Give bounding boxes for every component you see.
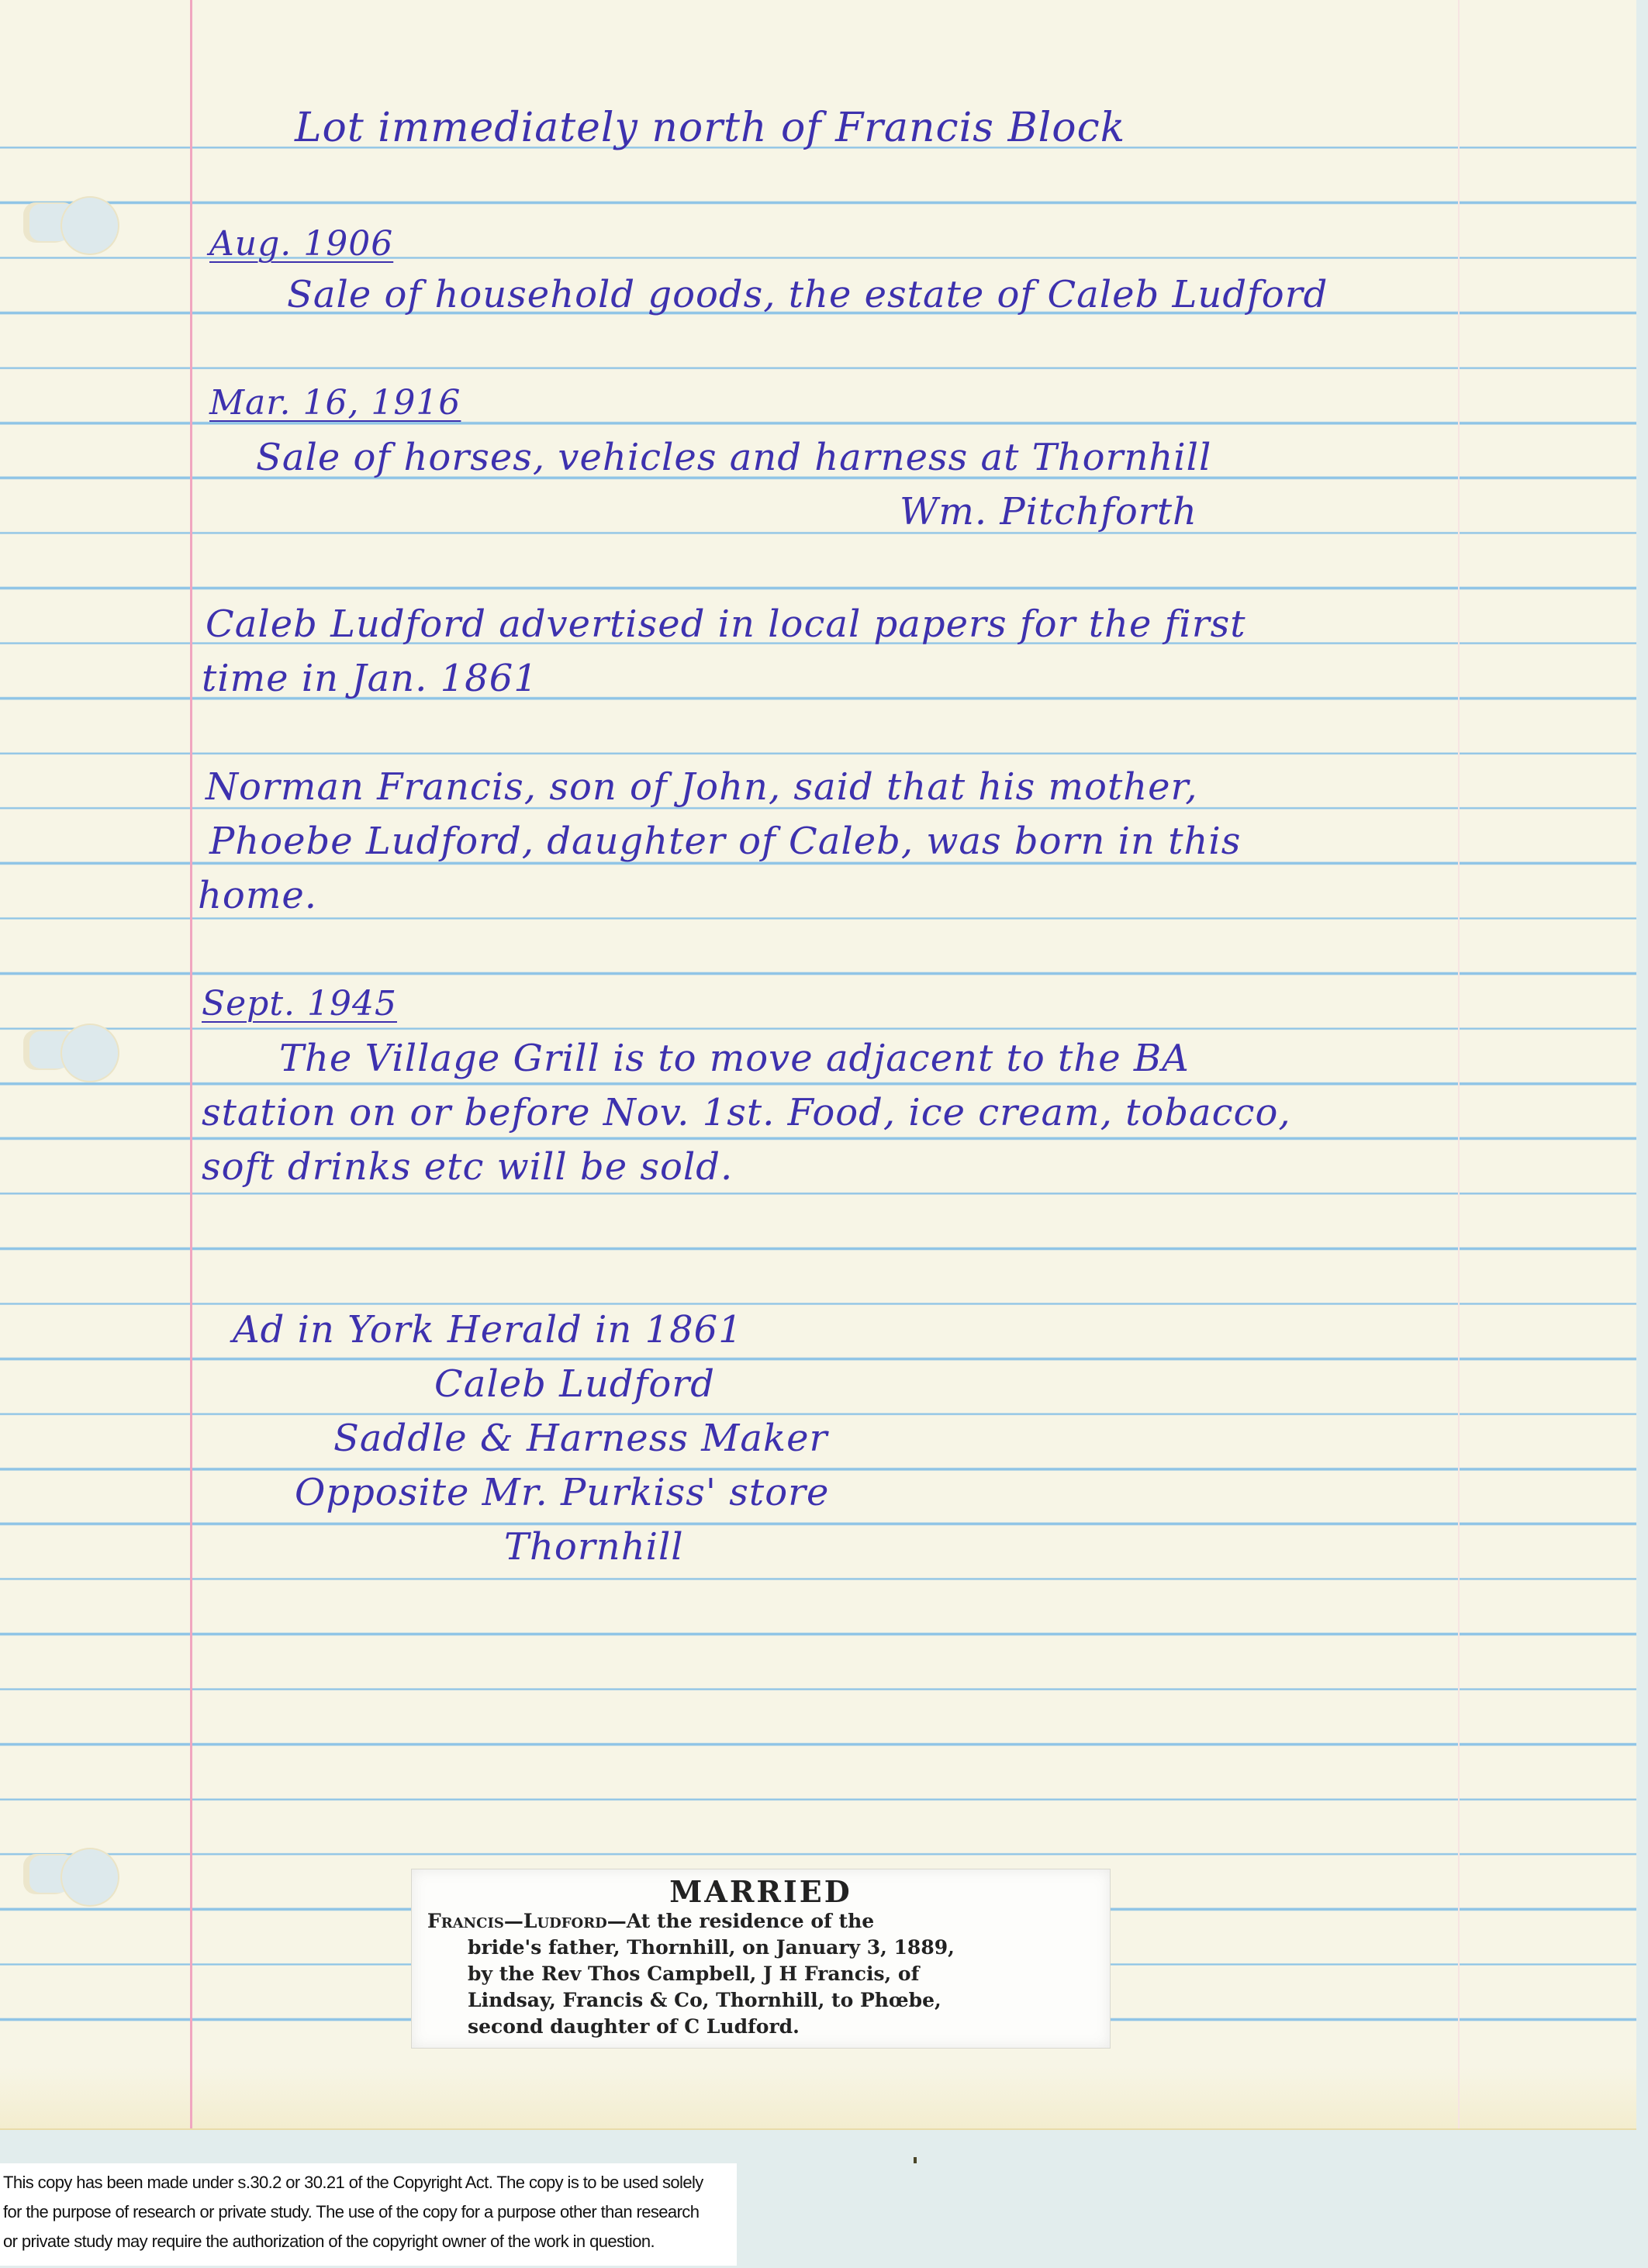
entry-date: Mar. 16, 1916 <box>209 376 461 430</box>
entry-text: Sale of horses, vehicles and harness at … <box>256 430 1211 485</box>
notice-line: This copy has been made under s.30.2 or … <box>3 2168 734 2197</box>
entry-date: Sept. 1945 <box>202 977 397 1031</box>
scan-speck <box>914 2157 917 2163</box>
entry-text: Sale of household goods, the estate of C… <box>287 268 1328 322</box>
entry-text: station on or before Nov. 1st. Food, ice… <box>202 1086 1291 1140</box>
reinforcer-round <box>62 1025 118 1081</box>
entry-text: home. <box>198 868 317 923</box>
newspaper-clipping: MARRIED Francis—Ludford—At the residence… <box>411 1869 1111 2049</box>
punch-hole-reinforcer-middle <box>0 1025 101 1087</box>
entry-signature: Wm. Pitchforth <box>900 485 1197 539</box>
clipping-lead: Francis—Ludford— <box>427 1910 627 1932</box>
entry-text: Phoebe Ludford, daughter of Caleb, was b… <box>209 814 1241 868</box>
ad-intro: Ad in York Herald in 1861 <box>233 1303 743 1357</box>
red-margin-line <box>190 0 192 2128</box>
clipping-line: Lindsay, Francis & Co, Thornhill, to Phœ… <box>427 1987 1096 2014</box>
clipping-line: by the Rev Thos Campbell, J H Francis, o… <box>427 1961 1096 1987</box>
paper-bottom-edge <box>0 2066 1636 2128</box>
punch-hole-reinforcer-bottom <box>0 1849 101 1911</box>
entry-date: Aug. 1906 <box>209 217 393 271</box>
entry-text: soft drinks etc will be sold. <box>202 1140 733 1194</box>
notice-line: or private study may require the authori… <box>3 2227 734 2256</box>
clipping-body: Francis—Ludford—At the residence of the … <box>427 1908 1096 2040</box>
clipping-heading: MARRIED <box>412 1874 1110 1909</box>
reinforcer-round <box>62 1849 118 1905</box>
ad-line: Opposite Mr. Purkiss' store <box>295 1465 829 1520</box>
entry-text: The Village Grill is to move adjacent to… <box>279 1031 1190 1086</box>
reinforcer-round <box>62 198 118 254</box>
entry-text: Norman Francis, son of John, said that h… <box>206 760 1197 814</box>
ad-line: Saddle & Harness Maker <box>333 1411 827 1465</box>
clipping-line: bride's father, Thornhill, on January 3,… <box>427 1935 1096 1961</box>
entry-text: Caleb Ludford advertised in local papers… <box>206 597 1246 651</box>
clipping-line: second daughter of C Ludford. <box>427 2014 1096 2040</box>
page-title: Lot immediately north of Francis Block <box>295 101 1125 155</box>
clipping-line: At the residence of the <box>627 1910 874 1932</box>
copyright-notice: This copy has been made under s.30.2 or … <box>0 2163 737 2266</box>
faint-right-margin-line <box>1458 0 1460 2128</box>
ad-line: Caleb Ludford <box>434 1357 715 1411</box>
notice-line: for the purpose of research or private s… <box>3 2197 734 2227</box>
ad-line: Thornhill <box>504 1520 684 1574</box>
punch-hole-reinforcer-top <box>0 198 101 260</box>
entry-text: time in Jan. 1861 <box>202 651 538 706</box>
